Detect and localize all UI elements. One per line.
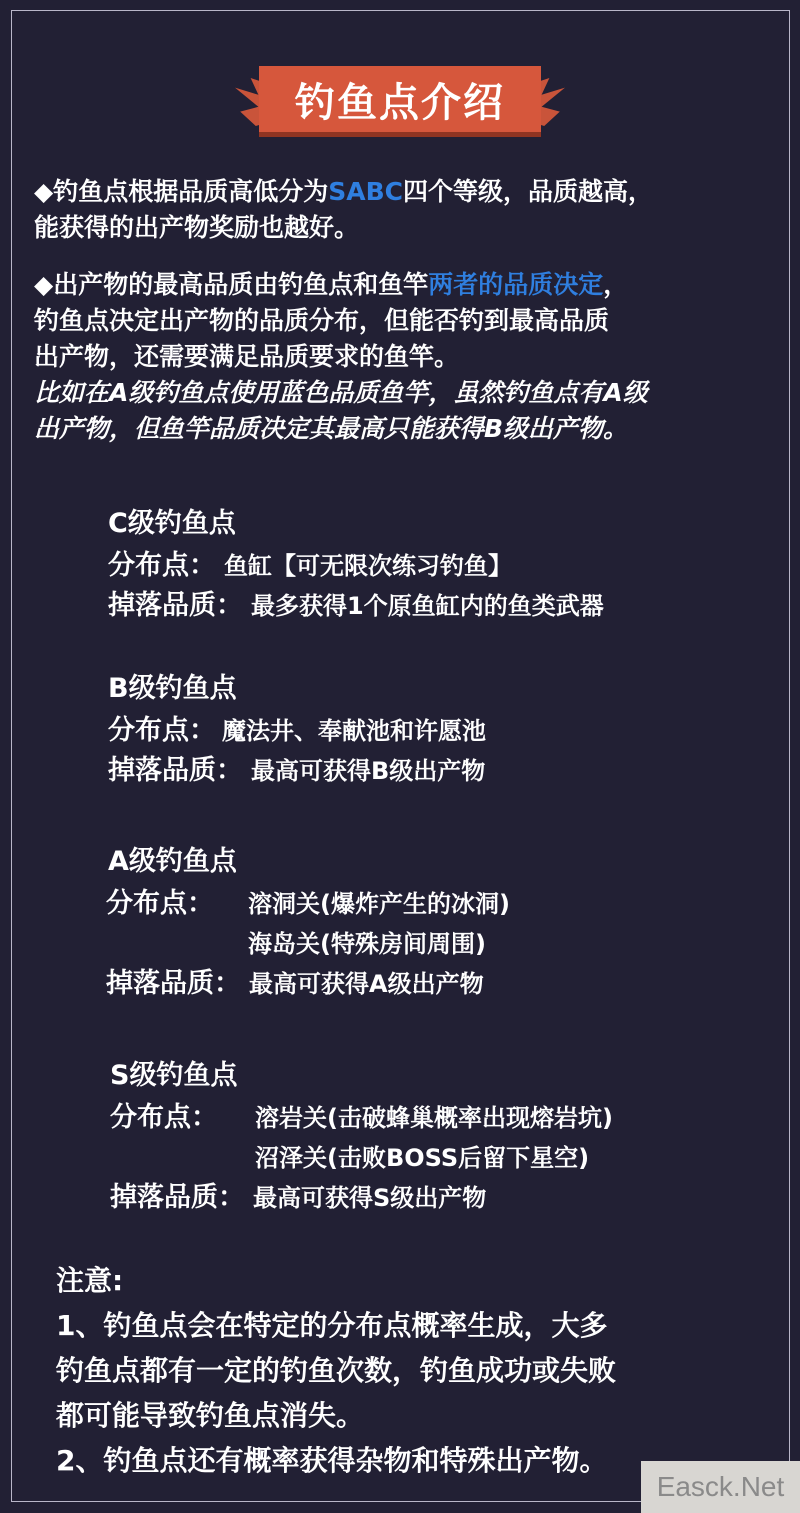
notes-title: 注意:	[56, 1258, 616, 1303]
section-heading: B级钓鱼点	[108, 669, 486, 709]
banner-plate: 钓鱼点介绍	[259, 66, 541, 132]
example-line-1: 比如在A级钓鱼点使用蓝色品质鱼竿，虽然钓鱼点有A级	[34, 375, 648, 411]
section-heading: S级钓鱼点	[110, 1056, 613, 1096]
note-line: 钓鱼点都有一定的钓鱼次数，钓鱼成功或失败	[56, 1348, 616, 1393]
watermark: Easck.Net	[641, 1461, 800, 1513]
diamond-bullet-icon: ◆	[34, 177, 53, 206]
section-c-grade: C级钓鱼点 分布点：鱼缸【可无限次练习钓鱼】 掉落品质：最多获得1个原鱼缸内的鱼…	[108, 504, 604, 626]
note-line: 都可能导致钓鱼点消失。	[56, 1393, 616, 1438]
section-s-grade: S级钓鱼点 分布点：溶岩关(击破蜂巢概率出现熔岩坑) 沼泽关(击败BOSS后留下…	[110, 1056, 613, 1218]
note-line: 1、钓鱼点会在特定的分布点概率生成，大多	[56, 1303, 616, 1348]
note-line: 2、钓鱼点还有概率获得杂物和特殊出产物。	[56, 1438, 616, 1483]
intro-paragraph-1: ◆钓鱼点根据品质高低分为SABC四个等级，品质越高， 能获得的出产物奖励也越好。	[34, 174, 653, 246]
section-heading: C级钓鱼点	[108, 504, 604, 544]
section-heading: A级钓鱼点	[108, 842, 510, 882]
highlight-quality: 两者的品质决定	[428, 270, 603, 299]
diamond-bullet-icon: ◆	[34, 270, 53, 299]
intro-paragraph-2: ◆出产物的最高品质由钓鱼点和鱼竿两者的品质决定， 钓鱼点决定出产物的品质分布，但…	[34, 267, 648, 447]
example-line-2: 出产物，但鱼竿品质决定其最高只能获得B级出产物。	[34, 411, 648, 447]
title-banner: 钓鱼点介绍	[235, 66, 565, 138]
page-title: 钓鱼点介绍	[295, 71, 505, 128]
highlight-sabc: SABC	[328, 177, 403, 206]
section-b-grade: B级钓鱼点 分布点：魔法井、奉献池和许愿池 掉落品质：最高可获得B级出产物	[108, 669, 486, 791]
notes-section: 注意: 1、钓鱼点会在特定的分布点概率生成，大多 钓鱼点都有一定的钓鱼次数，钓鱼…	[56, 1258, 616, 1483]
section-a-grade: A级钓鱼点 分布点：溶洞关(爆炸产生的冰洞) 海岛关(特殊房间周围) 掉落品质：…	[106, 842, 510, 1004]
